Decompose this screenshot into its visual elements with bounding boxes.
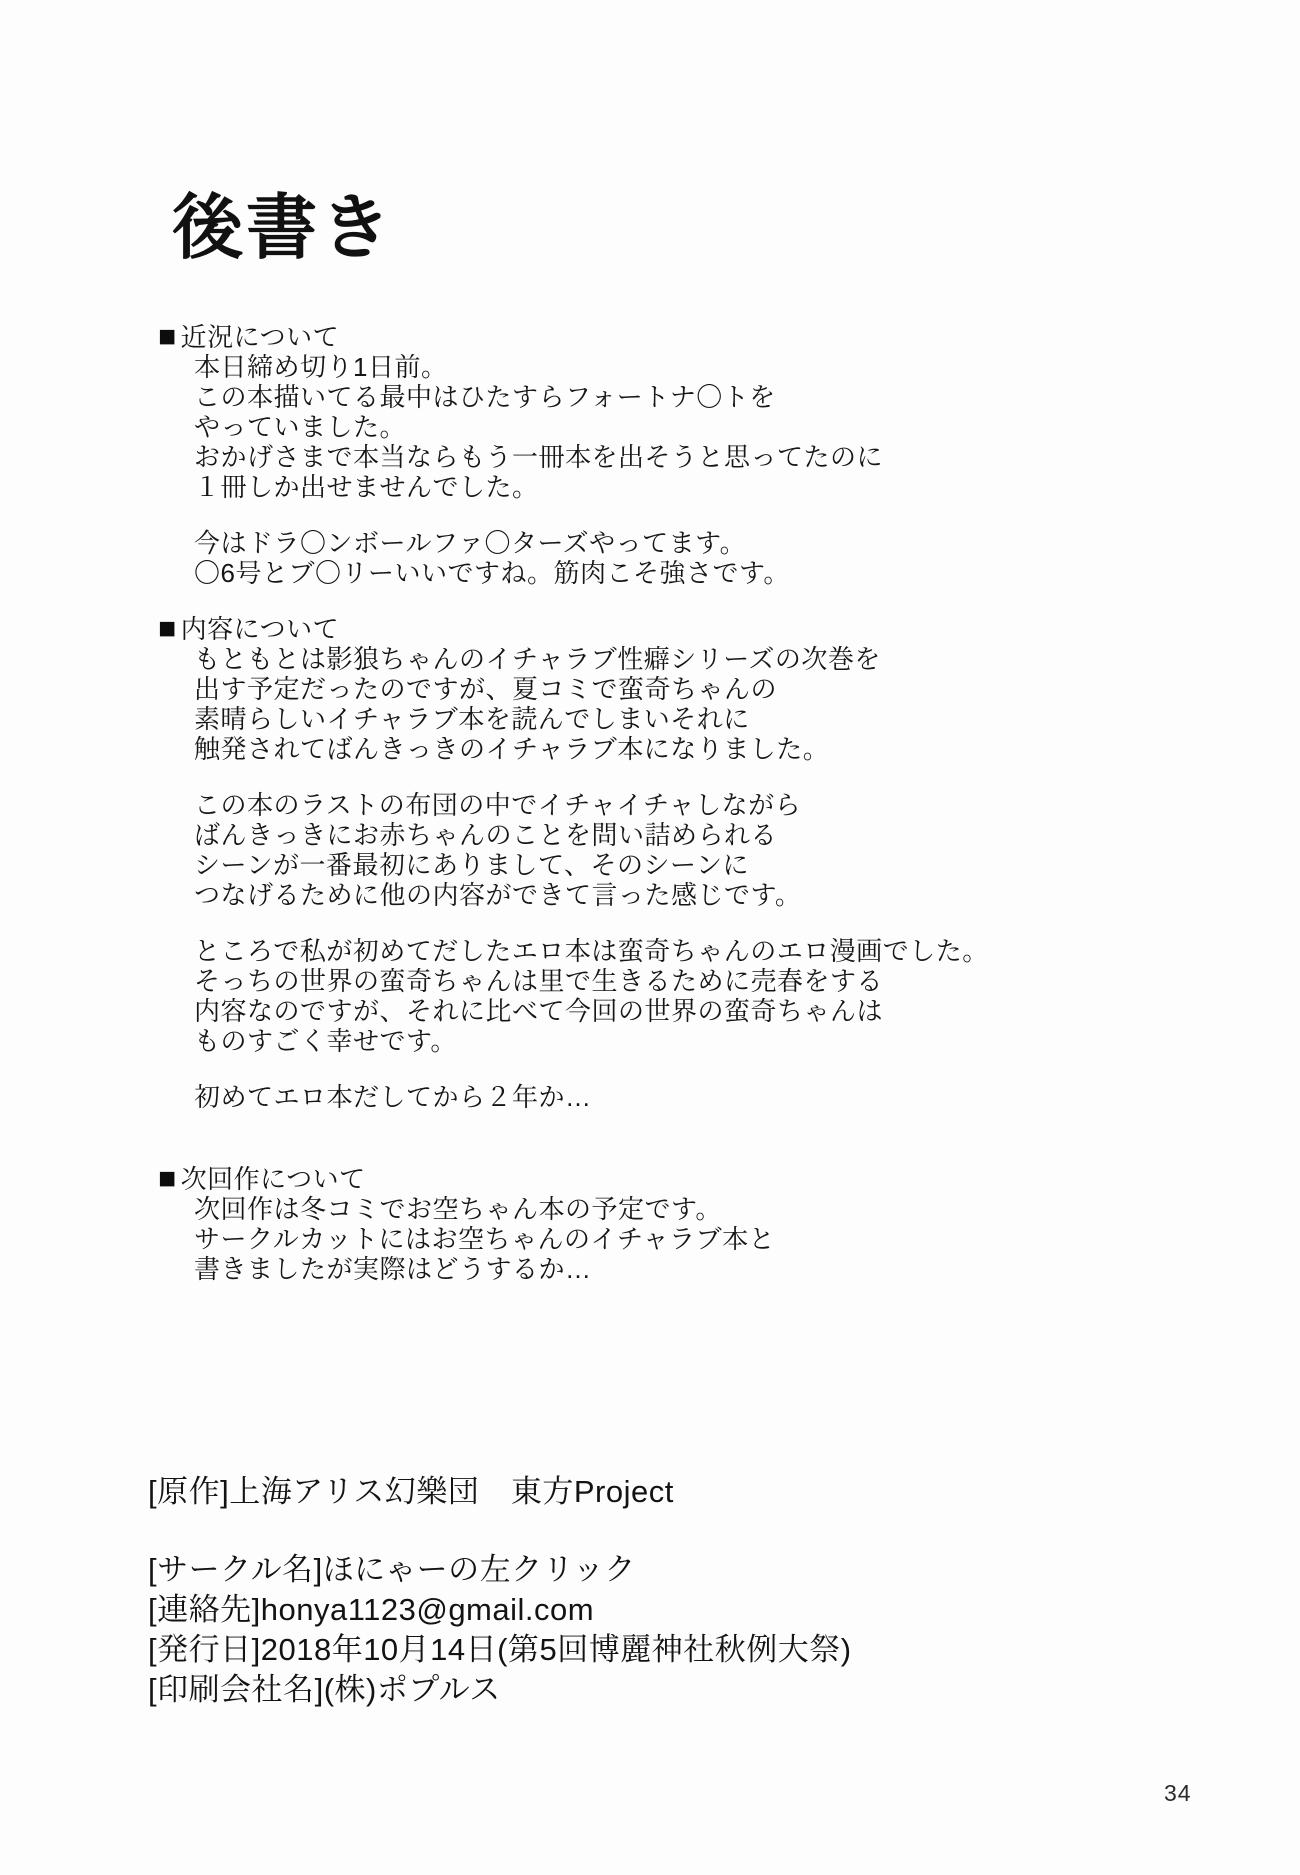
paragraph: ところで私が初めてだしたエロ本は蛮奇ちゃんのエロ漫画でした。 そっちの世界の蛮奇… (158, 936, 1158, 1056)
section-heading-line: ■次回作について (158, 1164, 1158, 1194)
body-line: ところで私が初めてだしたエロ本は蛮奇ちゃんのエロ漫画でした。 (158, 936, 1158, 966)
body-line: 触発されてばんきっきのイチャラブ本になりました。 (158, 734, 1158, 764)
body-line: ばんきっきにお赤ちゃんのことを問い詰められる (158, 820, 1158, 850)
body-line: この本のラストの布団の中でイチャイチャしながら (158, 790, 1158, 820)
body-line: 初めてエロ本だしてから２年か… (158, 1082, 1158, 1112)
colophon-details: [サークル名]ほにゃーの左クリック [連絡先]honya1123@gmail.c… (148, 1550, 1148, 1710)
scanned-afterword-page: 後書き ■近況について 本日締め切り1日前。 この本描いてる最中はひたすらフォー… (0, 0, 1300, 1875)
paragraph: 今はドラ〇ンボールファ〇ターズやってます。 〇6号とブ〇リーいいですね。筋肉こそ… (158, 528, 1158, 588)
paragraph: 次回作は冬コミでお空ちゃん本の予定です。 サークルカットにはお空ちゃんのイチャラ… (158, 1194, 1158, 1284)
paragraph: 初めてエロ本だしてから２年か… (158, 1082, 1158, 1112)
colophon-contact: [連絡先]honya1123@gmail.com (148, 1590, 1148, 1630)
section-heading: 次回作について (181, 1164, 366, 1194)
body-line: 次回作は冬コミでお空ちゃん本の予定です。 (158, 1194, 1158, 1224)
body-line: 出す予定だったのですが、夏コミで蛮奇ちゃんの (158, 674, 1158, 704)
body-line: １冊しか出せませんでした。 (158, 472, 1158, 502)
section-heading-line: ■内容について (158, 614, 1158, 644)
body-line: サークルカットにはお空ちゃんのイチャラブ本と (158, 1224, 1158, 1254)
body-line: ものすごく幸せです。 (158, 1026, 1158, 1056)
body-line: この本描いてる最中はひたすらフォートナ〇トを (158, 382, 1158, 412)
afterword-body: ■近況について 本日締め切り1日前。 この本描いてる最中はひたすらフォートナ〇ト… (158, 322, 1158, 1284)
body-line: おかげさまで本当ならもう一冊本を出そうと思ってたのに (158, 442, 1158, 472)
colophon-original-work: [原作]上海アリス幻樂団 東方Project (148, 1472, 1148, 1512)
section-heading-line: ■近況について (158, 322, 1158, 352)
page-title: 後書き (172, 192, 394, 267)
body-line: シーンが一番最初にありまして、そのシーンに (158, 850, 1158, 880)
body-line: 素晴らしいイチャラブ本を読んでしまいそれに (158, 704, 1158, 734)
colophon: [原作]上海アリス幻樂団 東方Project [サークル名]ほにゃーの左クリック… (148, 1472, 1148, 1710)
section-heading: 内容について (181, 614, 339, 644)
body-line: そっちの世界の蛮奇ちゃんは里で生きるために売春をする (158, 966, 1158, 996)
section-content: ■内容について もともとは影狼ちゃんのイチャラブ性癖シリーズの次巻を 出す予定だ… (158, 614, 1158, 1112)
body-line: 今はドラ〇ンボールファ〇ターズやってます。 (158, 528, 1158, 558)
colophon-publish-date: [発行日]2018年10月14日(第5回博麗神社秋例大祭) (148, 1630, 1148, 1670)
body-line: もともとは影狼ちゃんのイチャラブ性癖シリーズの次巻を (158, 644, 1158, 674)
square-bullet-icon: ■ (158, 1164, 177, 1194)
square-bullet-icon: ■ (158, 614, 177, 644)
paragraph: もともとは影狼ちゃんのイチャラブ性癖シリーズの次巻を 出す予定だったのですが、夏… (158, 644, 1158, 764)
section-heading: 近況について (181, 322, 339, 352)
page-number: 34 (1164, 1780, 1192, 1807)
paragraph: 本日締め切り1日前。 この本描いてる最中はひたすらフォートナ〇トを やっていまし… (158, 352, 1158, 502)
section-recent-status: ■近況について 本日締め切り1日前。 この本描いてる最中はひたすらフォートナ〇ト… (158, 322, 1158, 588)
colophon-printer: [印刷会社名](株)ポプルス (148, 1670, 1148, 1710)
colophon-circle-name: [サークル名]ほにゃーの左クリック (148, 1550, 1148, 1590)
body-line: 書きましたが実際はどうするか… (158, 1254, 1158, 1284)
square-bullet-icon: ■ (158, 322, 177, 352)
body-line: 本日締め切り1日前。 (158, 352, 1158, 382)
section-next-work: ■次回作について 次回作は冬コミでお空ちゃん本の予定です。 サークルカットにはお… (158, 1164, 1158, 1284)
body-line: 〇6号とブ〇リーいいですね。筋肉こそ強さです。 (158, 558, 1158, 588)
body-line: 内容なのですが、それに比べて今回の世界の蛮奇ちゃんは (158, 996, 1158, 1026)
body-line: やっていました。 (158, 412, 1158, 442)
paragraph: この本のラストの布団の中でイチャイチャしながら ばんきっきにお赤ちゃんのことを問… (158, 790, 1158, 910)
body-line: つなげるために他の内容ができて言った感じです。 (158, 880, 1158, 910)
